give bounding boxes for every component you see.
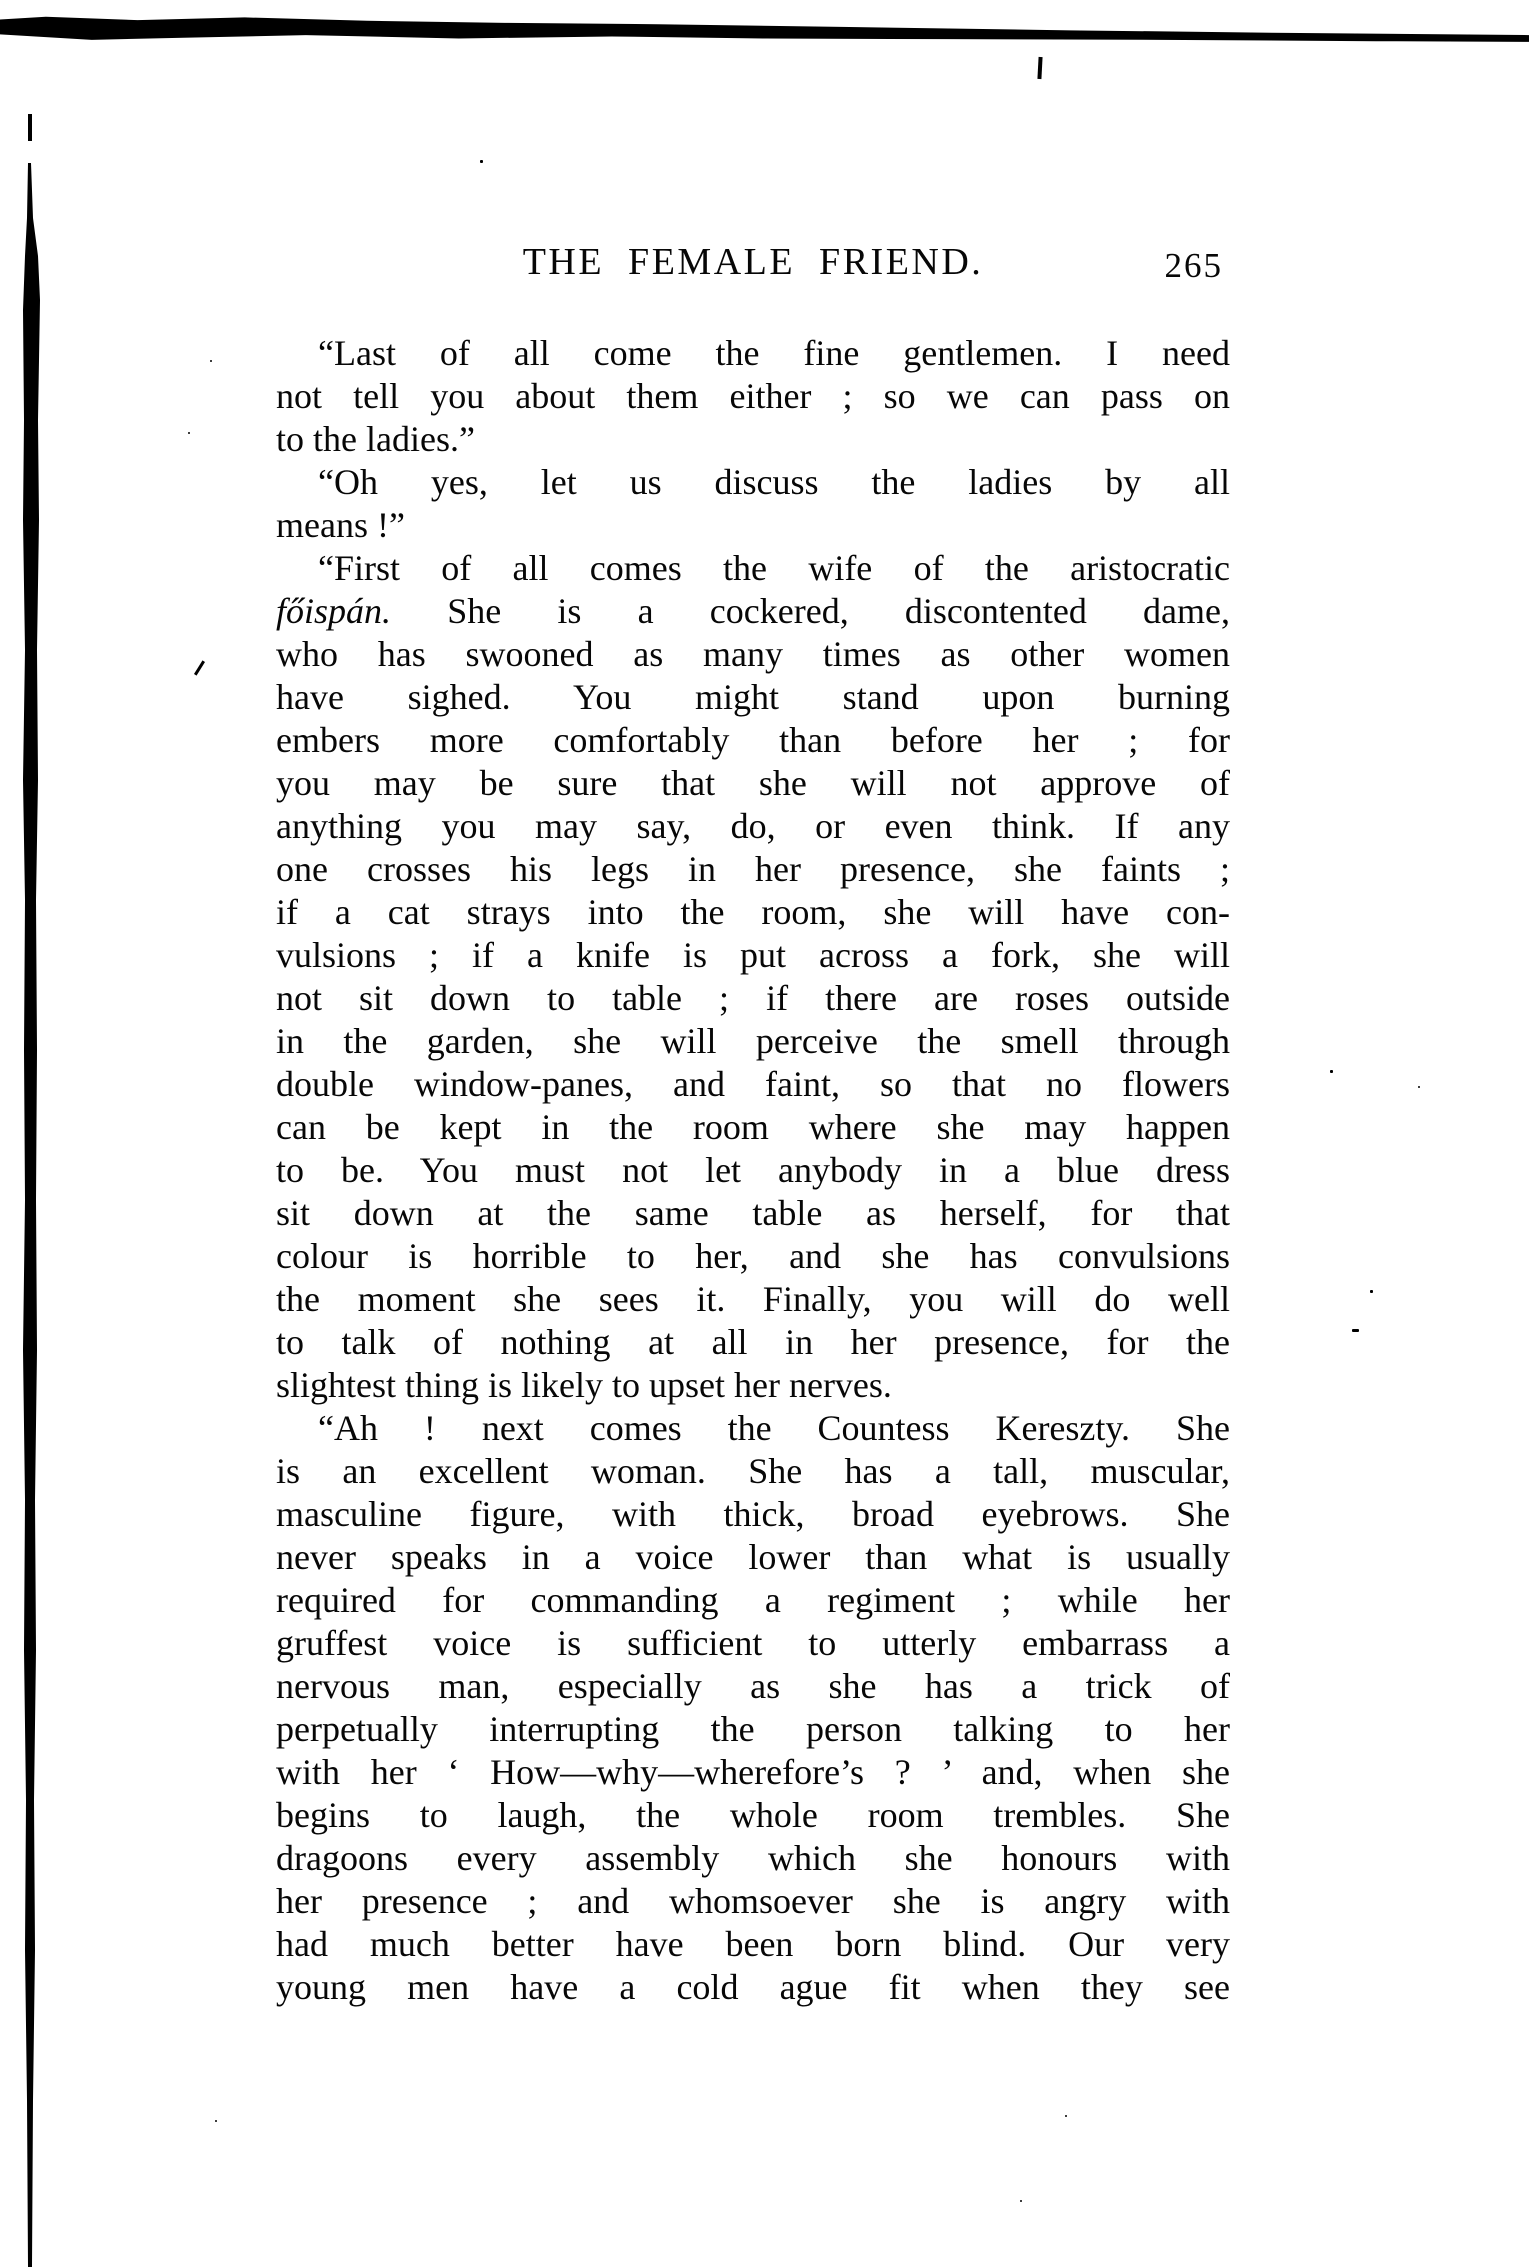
text-line: “Last of all come the fine gentlemen. I … (276, 332, 1230, 375)
scan-speck (1352, 1329, 1359, 1332)
text-line: főispán. She is a cockered, discontented… (276, 590, 1230, 633)
text-run: with her ‘ How—why—wherefore’s ? ’ and, … (276, 1752, 1230, 1792)
text-line: perpetually interrupting the person talk… (276, 1708, 1230, 1751)
text-line: her presence ; and whomsoever she is ang… (276, 1880, 1230, 1923)
running-head: THE FEMALE FRIEND. 265 (276, 242, 1230, 286)
text-line: to talk of nothing at all in her presenc… (276, 1321, 1230, 1364)
scan-edge-artifact-top (0, 14, 1529, 48)
scan-speck (1065, 2115, 1067, 2117)
paragraph: “Last of all come the fine gentlemen. I … (276, 332, 1230, 461)
text-run: if a cat strays into the room, she will … (276, 892, 1230, 932)
text-line: sit down at the same table as herself, f… (276, 1192, 1230, 1235)
text-line: never speaks in a voice lower than what … (276, 1536, 1230, 1579)
text-run: masculine figure, with thick, broad eyeb… (276, 1494, 1230, 1534)
text-run: “Last of all come the fine gentlemen. I … (318, 333, 1230, 373)
text-run: who has swooned as many times as other w… (276, 634, 1230, 674)
text-run: not sit down to table ; if there are ros… (276, 978, 1230, 1018)
text-line: masculine figure, with thick, broad eyeb… (276, 1493, 1230, 1536)
text-run: can be kept in the room where she may ha… (276, 1107, 1230, 1147)
text-line: nervous man, especially as she has a tri… (276, 1665, 1230, 1708)
text-run: her presence ; and whomsoever she is ang… (276, 1881, 1230, 1921)
text-run: “First of all comes the wife of the aris… (318, 548, 1230, 588)
paragraph: “Ah ! next comes the Countess Kereszty. … (276, 1407, 1230, 2009)
text-run: had much better have been born blind. Ou… (276, 1924, 1230, 1964)
text-line: slightest thing is likely to upset her n… (276, 1364, 1230, 1407)
text-run: you may be sure that she will not approv… (276, 763, 1230, 803)
text-block: “Last of all come the fine gentlemen. I … (276, 332, 1230, 2009)
text-line: not sit down to table ; if there are ros… (276, 977, 1230, 1020)
page-number: 265 (1165, 248, 1224, 283)
text-line: not tell you about them either ; so we c… (276, 375, 1230, 418)
text-line: “First of all comes the wife of the aris… (276, 547, 1230, 590)
text-line: in the garden, she will perceive the sme… (276, 1020, 1230, 1063)
text-run: begins to laugh, the whole room trembles… (276, 1795, 1230, 1835)
text-run: sit down at the same table as herself, f… (276, 1193, 1230, 1233)
text-run: nervous man, especially as she has a tri… (276, 1666, 1230, 1706)
text-run: to talk of nothing at all in her presenc… (276, 1322, 1230, 1362)
text-run: have sighed. You might stand upon burnin… (276, 677, 1230, 717)
text-line: young men have a cold ague fit when they… (276, 1966, 1230, 2009)
scan-gutter-artifact (0, 0, 60, 2267)
scan-speck (215, 2120, 217, 2122)
scan-speck (210, 360, 212, 362)
scan-speck (480, 160, 483, 163)
text-line: colour is horrible to her, and she has c… (276, 1235, 1230, 1278)
text-line: embers more comfortably than before her … (276, 719, 1230, 762)
text-line: vulsions ; if a knife is put across a fo… (276, 934, 1230, 977)
text-run: “Oh yes, let us discuss the ladies by al… (318, 462, 1230, 502)
text-line: “Oh yes, let us discuss the ladies by al… (276, 461, 1230, 504)
scan-speck (1418, 1086, 1420, 1088)
text-run: the moment she sees it. Finally, you wil… (276, 1279, 1230, 1319)
text-line: if a cat strays into the room, she will … (276, 891, 1230, 934)
text-run: not tell you about them either ; so we c… (276, 376, 1230, 416)
text-line: is an excellent woman. She has a tall, m… (276, 1450, 1230, 1493)
text-run: She is a cockered, discontented dame, (391, 591, 1230, 631)
text-run: perpetually interrupting the person talk… (276, 1709, 1230, 1749)
text-line: you may be sure that she will not approv… (276, 762, 1230, 805)
text-line: have sighed. You might stand upon burnin… (276, 676, 1230, 719)
text-run: colour is horrible to her, and she has c… (276, 1236, 1230, 1276)
scan-speck (188, 432, 190, 434)
text-run: to the ladies.” (276, 419, 475, 459)
text-run: one crosses his legs in her presence, sh… (276, 849, 1230, 889)
text-line: can be kept in the room where she may ha… (276, 1106, 1230, 1149)
text-line: required for commanding a regiment ; whi… (276, 1579, 1230, 1622)
text-run: slightest thing is likely to upset her n… (276, 1365, 892, 1405)
text-line: anything you may say, do, or even think.… (276, 805, 1230, 848)
scan-speck (1370, 1290, 1373, 1293)
text-run: in the garden, she will perceive the sme… (276, 1021, 1230, 1061)
text-line: double window-panes, and faint, so that … (276, 1063, 1230, 1106)
paragraph: “First of all comes the wife of the aris… (276, 547, 1230, 1407)
text-line: who has swooned as many times as other w… (276, 633, 1230, 676)
scan-mark (194, 660, 205, 675)
scan-speck (1330, 1070, 1333, 1073)
paragraph: “Oh yes, let us discuss the ladies by al… (276, 461, 1230, 547)
text-line: dragoons every assembly which she honour… (276, 1837, 1230, 1880)
page-title: THE FEMALE FRIEND. (276, 242, 1230, 282)
scan-mark (1037, 57, 1042, 79)
italic-term: főispán. (276, 591, 391, 631)
text-line: begins to laugh, the whole room trembles… (276, 1794, 1230, 1837)
text-run: means !” (276, 505, 405, 545)
text-run: double window-panes, and faint, so that … (276, 1064, 1230, 1104)
text-run: “Ah ! next comes the Countess Kereszty. … (318, 1408, 1230, 1448)
text-line: with her ‘ How—why—wherefore’s ? ’ and, … (276, 1751, 1230, 1794)
text-line: one crosses his legs in her presence, sh… (276, 848, 1230, 891)
book-page: THE FEMALE FRIEND. 265 “Last of all come… (0, 0, 1529, 2267)
text-run: gruffest voice is sufficient to utterly … (276, 1623, 1230, 1663)
text-line: “Ah ! next comes the Countess Kereszty. … (276, 1407, 1230, 1450)
text-run: dragoons every assembly which she honour… (276, 1838, 1230, 1878)
text-line: the moment she sees it. Finally, you wil… (276, 1278, 1230, 1321)
text-run: vulsions ; if a knife is put across a fo… (276, 935, 1230, 975)
text-run: embers more comfortably than before her … (276, 720, 1230, 760)
text-run: is an excellent woman. She has a tall, m… (276, 1451, 1230, 1491)
text-run: anything you may say, do, or even think.… (276, 806, 1230, 846)
text-run: to be. You must not let anybody in a blu… (276, 1150, 1230, 1190)
text-run: never speaks in a voice lower than what … (276, 1537, 1230, 1577)
text-run: required for commanding a regiment ; whi… (276, 1580, 1230, 1620)
text-line: to the ladies.” (276, 418, 1230, 461)
scan-speck (1020, 2200, 1022, 2202)
text-line: to be. You must not let anybody in a blu… (276, 1149, 1230, 1192)
text-line: means !” (276, 504, 1230, 547)
text-line: gruffest voice is sufficient to utterly … (276, 1622, 1230, 1665)
text-run: young men have a cold ague fit when they… (276, 1967, 1230, 2007)
text-line: had much better have been born blind. Ou… (276, 1923, 1230, 1966)
